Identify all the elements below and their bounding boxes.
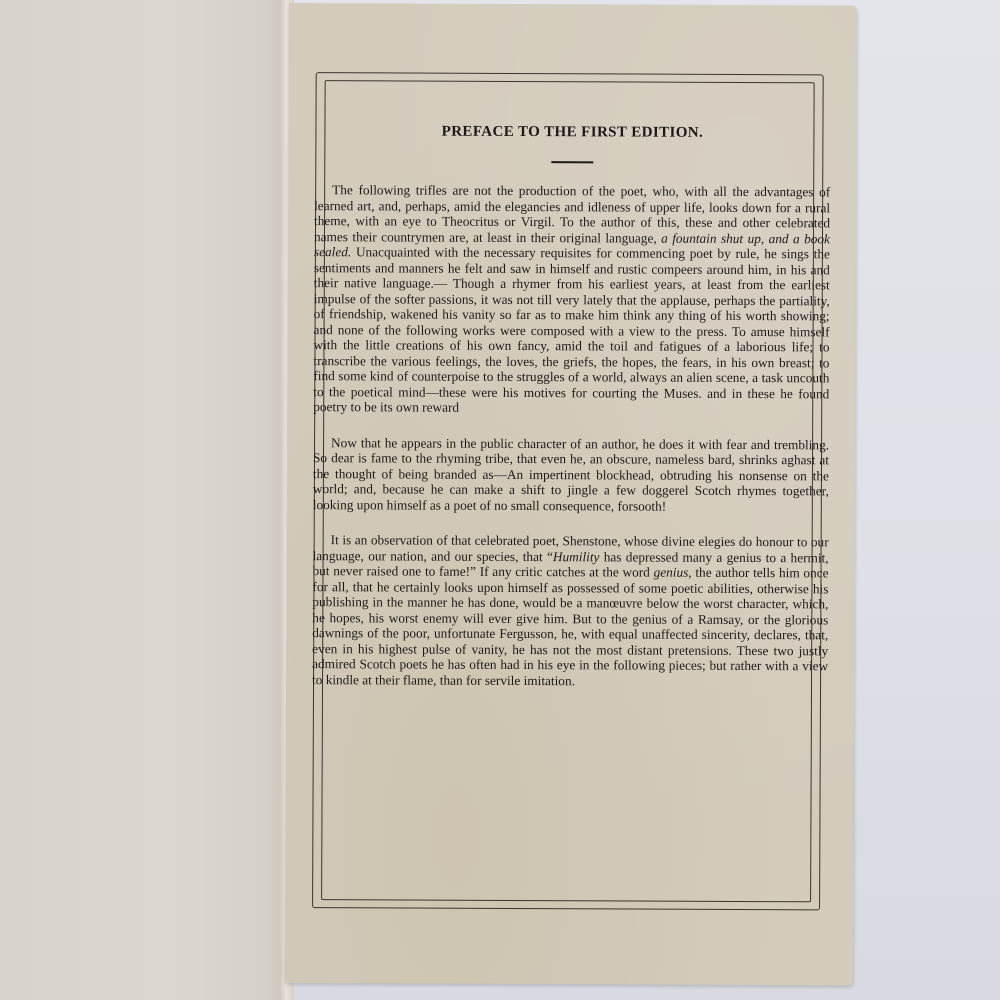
paragraph-3-italic-humility: Humility (553, 549, 600, 564)
paragraph-2-text: Now that he appears in the public charac… (313, 435, 829, 513)
page-title: PREFACE TO THE FIRST EDITION. (314, 123, 830, 142)
paragraph-3-italic-genius: genius (654, 565, 689, 580)
paragraph-3: It is an observation of that celebrated … (312, 532, 829, 689)
title-rule (551, 161, 593, 163)
paragraph-2: Now that he appears in the public charac… (313, 435, 829, 515)
right-page: PREFACE TO THE FIRST EDITION. The follow… (285, 3, 857, 985)
paragraph-1-text-b: Unacquainted with the necessary requisit… (313, 244, 830, 414)
paragraph-3-text-c: , the author tells him once for all, tha… (312, 565, 829, 688)
left-blank-page (0, 0, 288, 1000)
paragraph-1: The following trifles are not the produc… (313, 182, 830, 417)
page-content: PREFACE TO THE FIRST EDITION. The follow… (312, 123, 831, 709)
